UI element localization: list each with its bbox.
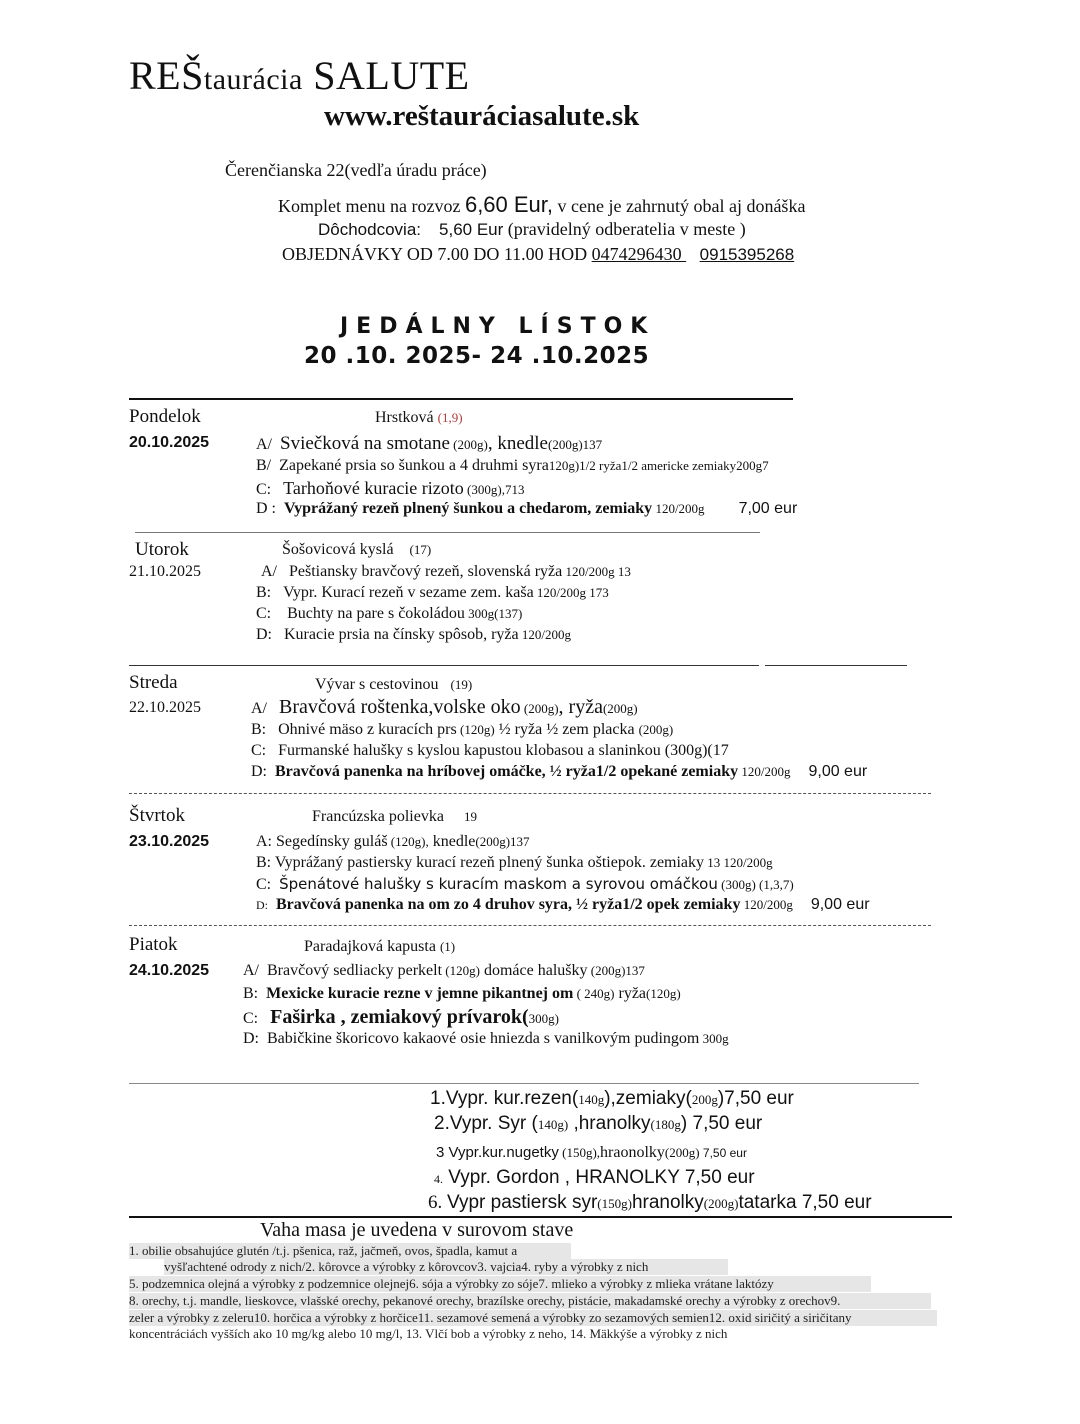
menu-item: B: Vyprážaný pastiersky kurací rezeň pln… [256,854,773,872]
item-weight: (300g),713 [464,482,525,497]
orders-hours: OBJEDNÁVKY OD 7.00 DO 11.00 HOD [282,244,592,264]
ff-weight: (150g), [559,1145,600,1160]
phone-link-2[interactable]: 0915395268 [700,245,795,264]
ff-weight: (200g) [704,1196,739,1211]
item-name: Ohnivé mäso z kuracích prs [278,721,457,738]
fast-food-item: 3 Vypr.kur.nugetky (150g),hraonolky(200g… [436,1144,747,1162]
item-name: Bravčový sedliacky perkelt [267,962,442,979]
ff-price: ) 7,50 eur [681,1113,762,1134]
ff-name: 2.Vypr. Syr ( [434,1113,538,1134]
item-label: C: [256,876,271,893]
item-label: B: [243,985,258,1002]
item-side: , ryža [559,696,603,718]
item-weight: 300g(137) [465,606,522,621]
soup: Vývar s cestovinou (19) [315,676,472,694]
divider [129,925,931,926]
item-weight: 300g) [529,1011,559,1026]
soup: Hrstková (1,9) [375,409,463,427]
item-label: A/ [243,962,259,979]
menu-item: C: Furmanské halušky s kyslou kapustou k… [251,742,729,760]
menu-item: A/ Peštiansky bravčový rezeň, slovenská … [261,563,631,581]
day-name: Štvrtok [129,805,185,827]
ff-side: ),zemiaky( [604,1088,692,1109]
address: Čerenčianska 22(vedľa úradu práce) [225,160,487,181]
item-label: C: [256,481,271,498]
item-label: C: [256,605,271,622]
menu-item: B/ Zapekané prsia so šunkou a 4 druhmi s… [256,457,769,475]
menu-item: D : Vyprážaný rezeň plnený šunkou a ched… [256,500,797,518]
item-name: Mexicke kuracie rezne v jemne pikantnej … [266,985,573,1002]
allergen-line: koncentráciách vyšších ako 10 mg/kg aleb… [129,1326,727,1342]
seniors-price: 5,60 Eur [439,220,503,239]
title-prefix: REŠ [129,53,204,98]
item-weight: (120g) [457,722,495,737]
allergen-line: 1. obilie obsahujúce glutén /t.j. pšenic… [129,1243,571,1259]
item-weight: 13 120/200g [704,855,773,870]
item-name: Vyprážaný rezeň plnený šunkou a chedarom… [284,500,652,517]
item-weight: 120/200g 13 [562,564,631,579]
item-weight: (120g) [646,986,681,1001]
ff-side: hraonolky [600,1144,665,1161]
menu-item: A: Segedínsky guláš (120g), knedle(200g)… [256,833,530,851]
ff-number: 6. [428,1192,447,1213]
item-price: 9,00 eur [808,763,867,780]
ff-name: Vypr pastiersk syr [447,1192,597,1213]
item-side: , knedle [488,433,548,454]
menu-item: B: Vypr. Kurací rezeň v sezame zem. kaša… [256,584,609,602]
ff-weight: 140g [578,1092,604,1107]
ff-weight: 140g) [538,1117,568,1132]
soup-allergens: (1) [440,939,455,954]
weight-note: Vaha masa je uvedena v surovom stave [260,1219,573,1242]
item-side: domáce halušky [480,962,588,979]
item-weight: (200g)137 [548,437,602,452]
allergen-line: 5. podzemnica olejná a výrobky z podzemn… [129,1276,871,1292]
soup-allergens: (1,9) [438,410,463,425]
komplet-label: Komplet menu na rozvoz [278,196,465,216]
soup-name: Šošovicová kyslá [282,541,394,558]
menu-item: C: Faširka , zemiakový prívarok(300g) [243,1006,559,1029]
item-name: Furmanské halušky s kyslou kapustou klob… [278,742,729,759]
item-name: Buchty na pare s čokoládou [283,605,465,622]
menu-item: D: Bravčová panenka na om zo 4 druhov sy… [256,896,870,914]
item-name: Bravčová panenka na om zo 4 druhov syra,… [276,896,740,913]
ff-weight: (150g) [597,1196,632,1211]
soup-allergens: (19) [451,677,473,692]
ff-side: ,hranolky [568,1113,650,1134]
ff-price: 7,50 eur [700,1146,747,1160]
soup-name: Francúzska polievka [312,808,444,825]
ff-name: 3 Vypr.kur.nugetky [436,1144,559,1161]
item-weight: (200g) [450,437,488,452]
item-label: B: [251,721,266,738]
soup-allergens: 19 [464,809,477,824]
item-label: B/ [256,457,271,474]
item-name: Segedínsky guláš [276,833,388,850]
day-date: 22.10.2025 [129,699,201,717]
item-name: Kuracie prsia na čínsky spôsob, ryža [284,626,519,643]
title-suffix: SALUTE [303,53,470,98]
divider [765,665,907,666]
item-weight: (200g) [639,722,674,737]
item-price: 7,00 eur [739,500,798,517]
ff-weight: (200g) [665,1145,700,1160]
menu-item: B: Mexicke kuracie rezne v jemne pikantn… [243,985,681,1003]
soup: Francúzska polievka 19 [312,808,477,826]
menu-title: JEDÁLNY LÍSTOK [340,314,655,339]
item-name: Bravčová roštenka,volske oko [279,696,521,718]
menu-item: D: Bravčová panenka na hríbovej omáčke, … [251,763,867,781]
menu-item: C: Buchty na pare s čokoládou 300g(137) [256,605,522,623]
soup-name: Hrstková [375,409,434,426]
item-label: D : [256,500,276,517]
ff-weight: (180g [651,1117,681,1132]
ff-side: hranolky [632,1192,704,1213]
item-side: knedle [429,833,476,850]
fast-food-item: 4. Vypr. Gordon , HRANOLKY 7,50 eur [434,1167,755,1189]
menu-item: D: Babičkine škoricovo kakaové osie hnie… [243,1030,729,1048]
restaurant-name: REŠtaurácia SALUTE [129,52,470,99]
item-label: A/ [256,436,272,453]
item-label: D: [256,626,272,643]
fast-food-item: 6. Vypr pastiersk syr(150g)hranolky(200g… [428,1192,872,1214]
menu-item: A/ Bravčová roštenka,volske oko (200g), … [251,696,638,719]
item-weight: (200g) [521,701,559,716]
divider [129,793,931,794]
item-name: Tarhoňové kuracie rizoto [283,478,464,498]
item-name: Vyprážaný pastiersky kurací rezeň plnený… [275,854,704,871]
fast-food-item: 1.Vypr. kur.rezen(140g),zemiaky(200g)7,5… [430,1088,794,1110]
divider [129,398,793,400]
item-label: B: [256,584,271,601]
ff-price: tatarka 7,50 eur [738,1192,871,1213]
item-weight: 300g [699,1031,728,1046]
item-side: ½ ryža ½ zem placka [495,721,639,738]
fast-food-item: 2.Vypr. Syr (140g) ,hranolky(180g) 7,50 … [434,1113,762,1135]
item-weight: (120g) [442,963,480,978]
day-name: Utorok [135,539,189,561]
item-name: Sviečková na smotane [280,433,450,454]
item-name: Špenátové halušky s kuracím maskom a syr… [279,875,718,893]
ff-name: 1.Vypr. kur.rezen( [430,1088,578,1109]
item-label: D: [251,763,267,780]
item-weight: ( 240g) [573,986,614,1001]
item-label: A/ [261,563,277,580]
item-name: Zapekané prsia so šunkou a 4 druhmi syra [279,457,549,474]
day-date: 21.10.2025 [129,563,201,581]
orders-line: OBJEDNÁVKY OD 7.00 DO 11.00 HOD 04742964… [282,244,794,265]
divider [135,532,760,533]
ff-name: Vypr. Gordon , HRANOLKY 7,50 eur [443,1167,755,1188]
menu-item: C: Tarhoňové kuracie rizoto (300g),713 [256,478,524,499]
soup: Paradajková kapusta (1) [304,938,455,956]
menu-item: C: Špenátové halušky s kuracím maskom a … [256,875,794,894]
komplet-menu-line: Komplet menu na rozvoz 6,60 Eur, v cene … [278,192,805,218]
item-label: D: [243,1030,259,1047]
day-name: Piatok [129,934,178,956]
ff-weight: 200g [692,1092,718,1107]
item-price: 9,00 eur [811,896,870,913]
allergen-line: zeler a výrobky z zeleru10. horčica a vý… [129,1310,937,1326]
item-weight: (200g)137 [588,963,645,978]
komplet-price: 6,60 Eur, [465,192,553,217]
phone-link-1[interactable]: 0474296430 [592,244,687,264]
item-weight: (120g), [388,834,429,849]
item-name: Bravčová panenka na hríbovej omáčke, ½ r… [275,763,738,780]
item-label: C: [251,742,266,759]
item-weight: (200g) [603,701,638,716]
title-small: taurácia [204,63,303,96]
item-name: Babičkine škoricovo kakaové osie hniezda… [267,1030,699,1047]
day-date: 24.10.2025 [129,962,209,980]
menu-date-range: 20 .10. 2025- 24 .10.2025 [304,343,649,369]
ff-price: )7,50 eur [718,1088,794,1109]
item-label: D: [256,898,268,912]
day-name: Streda [129,672,178,694]
item-name: Vypr. Kurací rezeň v sezame zem. kaša [283,584,534,601]
ff-number: 4. [434,1172,443,1186]
day-date: 23.10.2025 [129,833,209,851]
soup-allergens: (17) [410,542,432,557]
item-weight: 120g)1/2 ryža1/2 americke zemiaky200g7 [549,458,769,473]
website-link[interactable]: www.reštauráciasalute.sk [324,100,639,133]
item-weight: (200g)137 [475,834,529,849]
soup-name: Vývar s cestovinou [315,676,439,693]
item-label: A: [256,833,272,850]
item-weight: 120/200g [740,897,792,912]
item-weight: 120/200g 173 [534,585,609,600]
day-date: 20.10.2025 [129,434,209,452]
menu-item: A/ Sviečková na smotane (200g), knedle(2… [256,433,602,455]
item-weight: 120/200g [738,764,790,779]
menu-item: A/ Bravčový sedliacky perkelt (120g) dom… [243,962,645,980]
menu-item: B: Ohnivé mäso z kuracích prs (120g) ½ r… [251,721,673,739]
allergen-line: vyšľachtené odrody z nich/2. kôrovce a v… [164,1259,728,1275]
divider [129,665,759,666]
item-weight: (300g) (1,3,7) [718,877,794,892]
soup: Šošovicová kyslá (17) [282,541,431,559]
item-name: Peštiansky bravčový rezeň, slovenská ryž… [289,563,562,580]
item-weight: 120/200g [652,501,704,516]
seniors-line: Dôchodcovia: 5,60 Eur (pravidelný odbera… [318,219,746,240]
divider [129,1216,952,1218]
item-label: B: [256,854,271,871]
allergen-line: 8. orechy, t.j. mandle, lieskovce, vlašs… [129,1293,931,1309]
item-name: Faširka , zemiakový prívarok( [270,1006,529,1028]
seniors-note: (pravidelný odberatelia v meste ) [503,219,745,239]
komplet-note: v cene je zahrnutý obal aj donáška [553,196,805,216]
menu-item: D: Kuracie prsia na čínsky spôsob, ryža … [256,626,571,644]
seniors-label: Dôchodcovia: [318,220,421,239]
item-label: A/ [251,700,267,717]
divider [129,1083,919,1084]
item-label: C: [243,1010,258,1027]
item-weight: 120/200g [519,627,571,642]
soup-name: Paradajková kapusta [304,938,436,955]
day-name: Pondelok [129,406,201,428]
item-side: ryža [615,985,647,1002]
